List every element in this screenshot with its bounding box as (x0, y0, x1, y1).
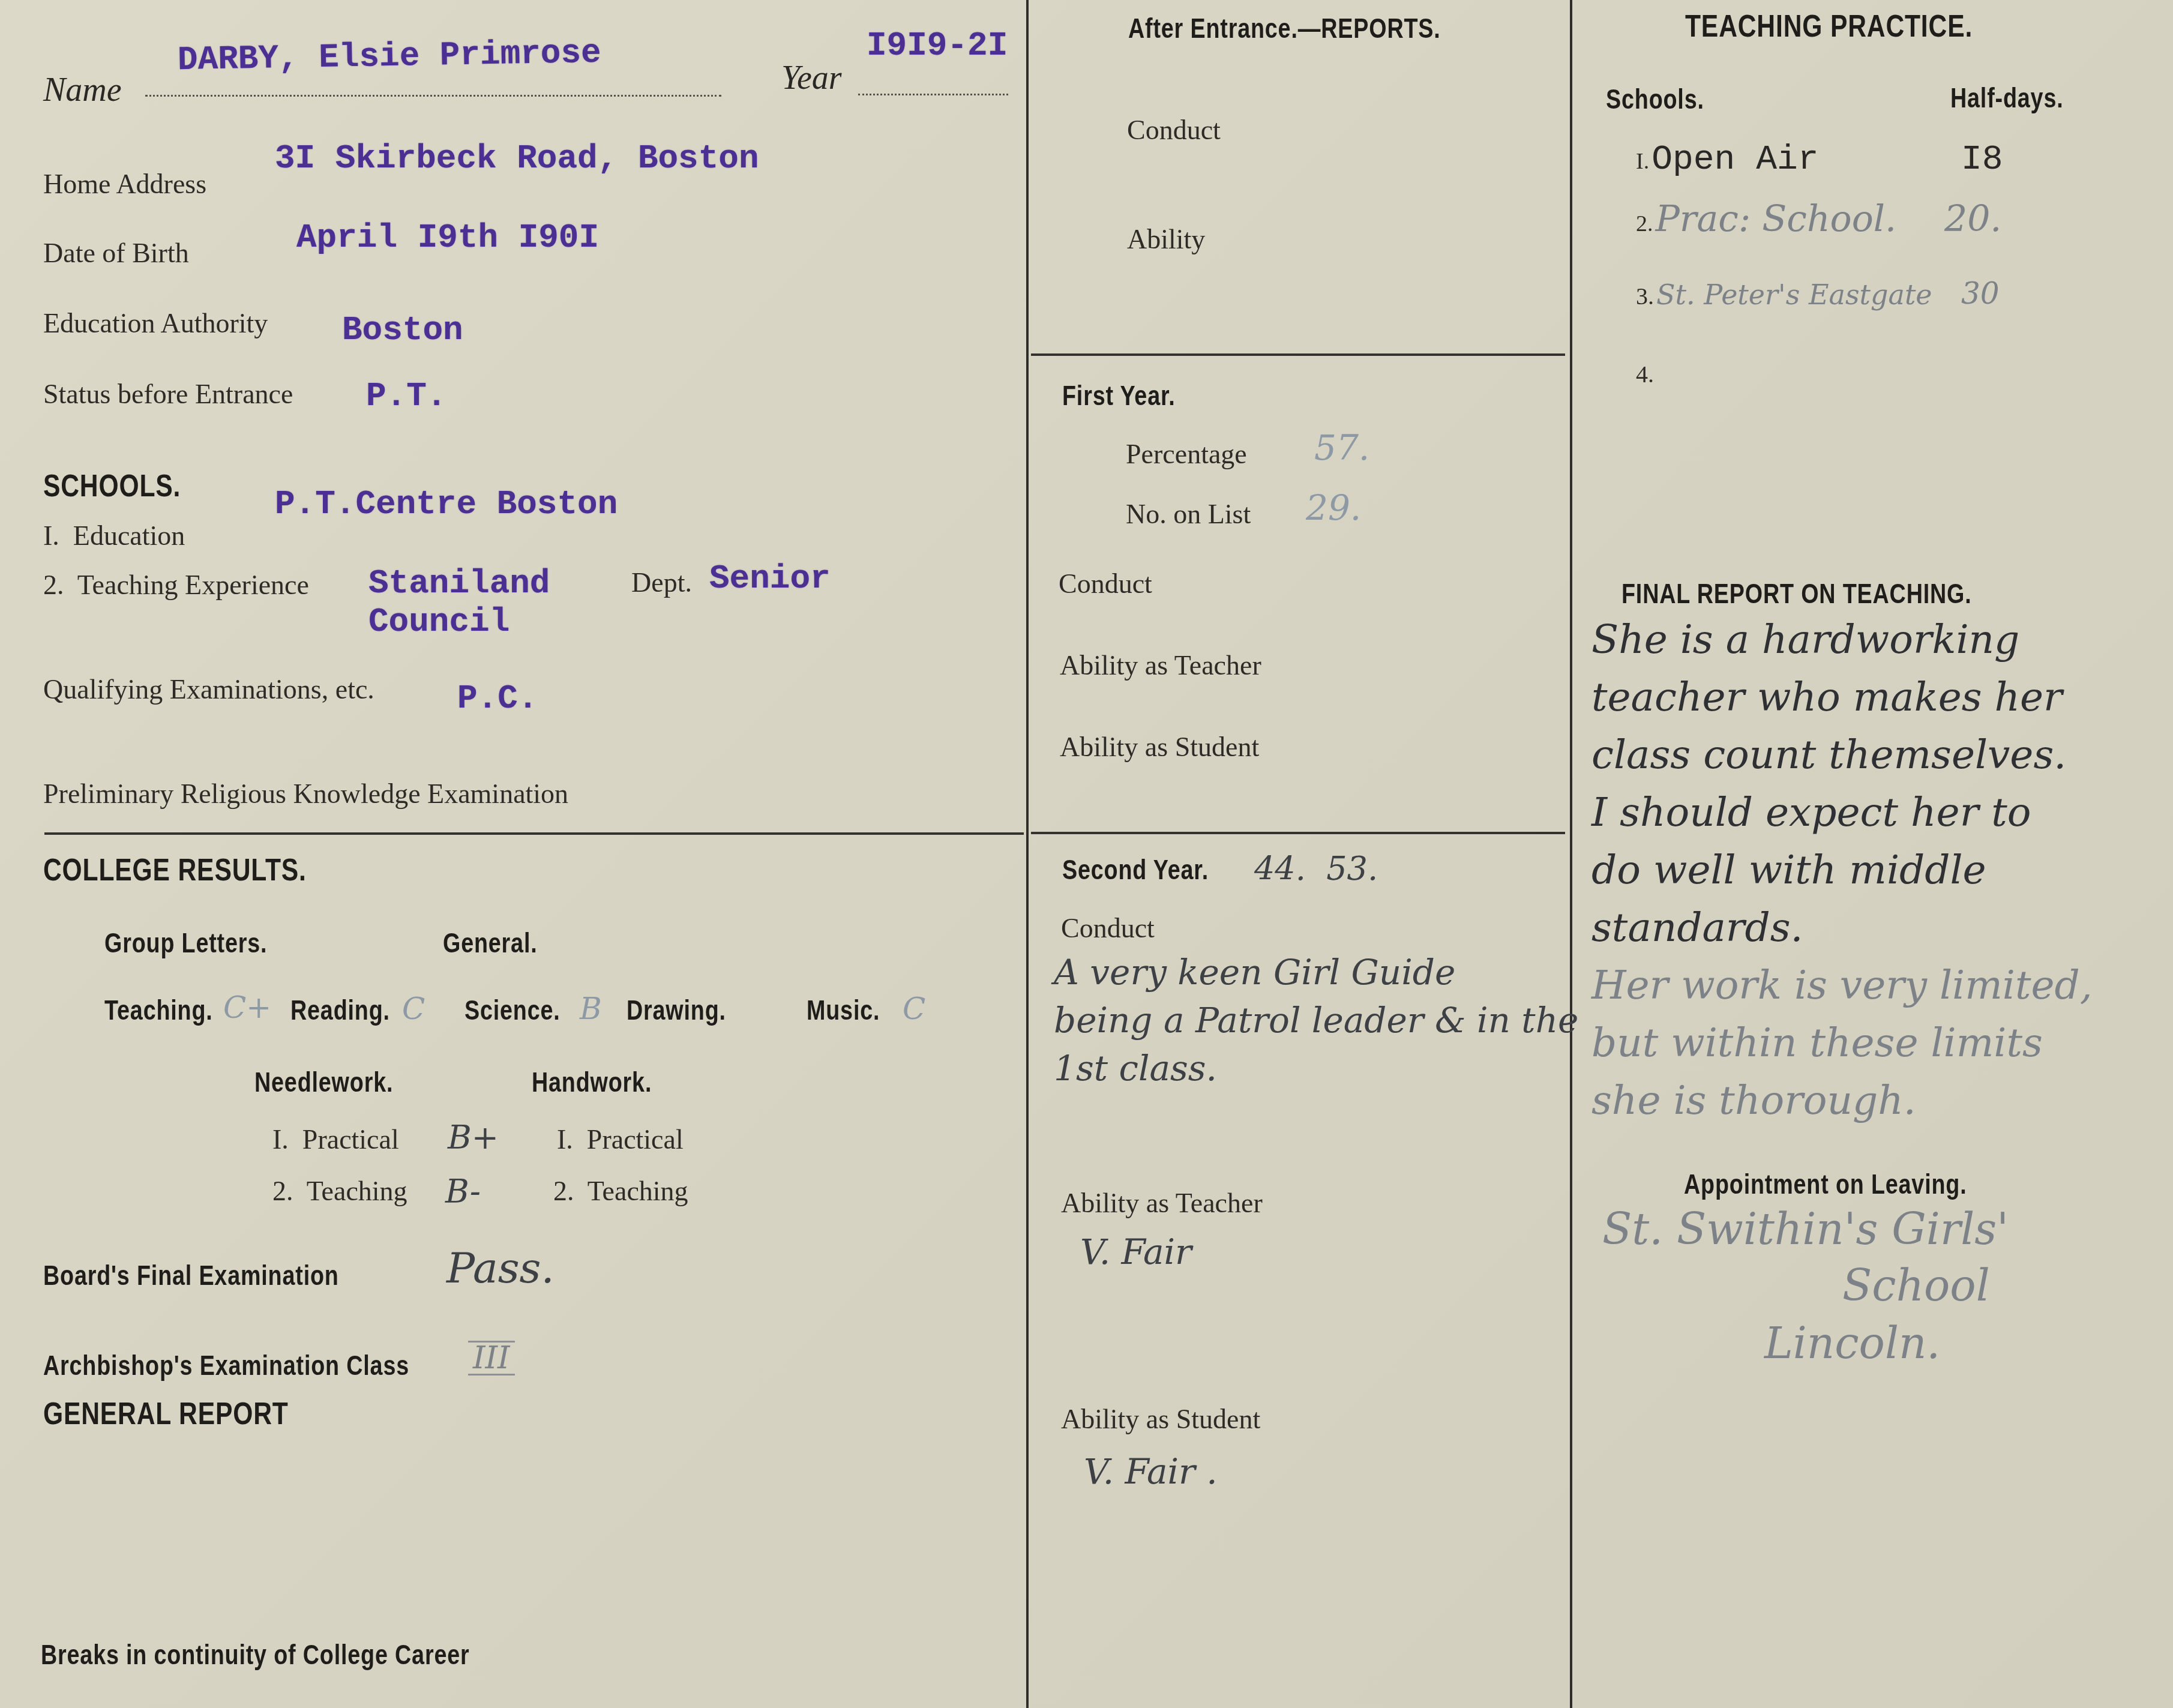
status-label: Status before Entrance (43, 378, 293, 410)
appointment-line: Lincoln. (1764, 1318, 1940, 1368)
practice-row: I. Open Air (1636, 140, 1819, 179)
final-report-line: she is thorough. (1591, 1072, 2093, 1129)
second-year-conduct-label: Conduct (1061, 912, 1155, 944)
halfdays-column-header: Half-days. (1950, 82, 2063, 114)
percentage-value: 57. (1314, 427, 1369, 468)
needlework-practical-label: I. Practical (272, 1123, 399, 1155)
conduct-line: being a Patrol leader & in the (1054, 996, 1578, 1044)
practice-row: 4. (1636, 360, 1654, 388)
subject-teaching-grade: C+ (223, 990, 271, 1025)
breaks-label: Breaks in continuity of College Career (41, 1638, 469, 1671)
divider-mid-firstyear (1031, 353, 1565, 356)
practice-row-school: St. Peter's Eastgate (1656, 278, 1932, 311)
year-label: Year (781, 59, 842, 97)
needlework-teaching-grade: B- (445, 1173, 481, 1210)
handwork-teaching-label: 2. Teaching (553, 1175, 688, 1207)
final-report-line: but within these limits (1591, 1014, 2093, 1072)
final-report-line: standards. (1591, 899, 2093, 957)
final-report-line: class count themselves. (1591, 726, 2093, 784)
name-dotted-line (145, 95, 721, 97)
no-on-list-value: 29. (1306, 487, 1361, 528)
dob-label: Date of Birth (43, 237, 189, 269)
no-on-list-label: No. on List (1126, 498, 1251, 530)
boards-final-label: Board's Final Examination (43, 1259, 339, 1292)
teaching-practice-heading: TEACHING PRACTICE. (1685, 8, 1973, 44)
percentage-label: Percentage (1126, 438, 1247, 470)
column-divider-right (1570, 0, 1572, 1708)
divider-mid-secondyear (1031, 832, 1565, 834)
final-report-line: I should expect her to (1591, 784, 2093, 841)
second-year-heading: Second Year. (1062, 853, 1209, 886)
conduct-line: 1st class. (1054, 1044, 1578, 1092)
general-label: General. (443, 927, 538, 959)
final-report-line: teacher who makes her (1591, 669, 2093, 726)
final-report-line: do well with middle (1591, 841, 2093, 899)
education-authority-value: Boston (342, 311, 463, 349)
column-divider-left (1026, 0, 1029, 1708)
practice-row: 2. Prac: School. (1636, 198, 1896, 240)
subject-teaching-label: Teaching. (104, 994, 213, 1026)
practice-row-num: 4. (1636, 361, 1654, 388)
home-address-label: Home Address (43, 168, 206, 200)
practice-row-num: 3. (1636, 283, 1654, 310)
divider-left-college (44, 832, 1024, 835)
year-dotted-line (858, 94, 1008, 95)
first-year-ability-teacher-label: Ability as Teacher (1060, 649, 1261, 681)
practice-row-school: Prac: School. (1656, 198, 1897, 240)
conduct-line: A very keen Girl Guide (1054, 948, 1578, 996)
schools-column-header: Schools. (1606, 83, 1704, 115)
needlework-teaching-label: 2. Teaching (272, 1175, 407, 1207)
name-label: Name (43, 71, 122, 109)
college-results-heading: COLLEGE RESULTS. (43, 852, 307, 888)
general-report-label: GENERAL REPORT (43, 1396, 289, 1432)
second-year-ability-student-value: V. Fair . (1084, 1451, 1218, 1492)
final-report-line: Her work is very limited, (1591, 957, 2093, 1014)
subject-science-label: Science. (464, 994, 561, 1026)
student-record-card: Name DARBY, Elsie Primrose Year I9I9-2I … (0, 0, 2173, 1708)
schools-heading: SCHOOLS. (43, 468, 181, 504)
qualifying-value: P.C. (457, 679, 538, 718)
appointment-line: St. Swithin's Girls' (1602, 1204, 2009, 1254)
handwork-label: Handwork. (532, 1066, 652, 1098)
teaching-experience-value-1: Staniland (368, 564, 550, 603)
year-value: I9I9-2I (867, 26, 1008, 65)
subject-science-grade: B (580, 991, 602, 1026)
subject-music-grade: C (903, 991, 925, 1026)
qualifying-label: Qualifying Examinations, etc. (43, 673, 374, 705)
subject-grades-row: Teaching. C+ Reading. C Science. B Drawi… (104, 994, 1005, 1036)
practice-row-halfdays: 30 (1961, 276, 2000, 311)
second-year-ability-teacher-label: Ability as Teacher (1061, 1187, 1263, 1219)
dept-value: Senior (709, 559, 831, 598)
after-entrance-heading: After Entrance.—REPORTS. (1128, 12, 1441, 44)
teaching-experience-value-2: Council (368, 603, 509, 641)
schools-education-value: P.T.Centre Boston (275, 485, 618, 523)
practice-row: 3. St. Peter's Eastgate (1636, 278, 1932, 311)
subject-reading-grade: C (402, 991, 425, 1026)
subject-drawing-label: Drawing. (627, 994, 726, 1026)
final-report-heading: FINAL REPORT ON TEACHING. (1621, 577, 1972, 610)
appointment-line: School (1842, 1260, 1990, 1311)
subject-music-label: Music. (807, 994, 880, 1026)
archbishop-value: III (468, 1341, 515, 1376)
second-year-marks: 44. 53. (1254, 850, 1378, 888)
needlework-practical-grade: B+ (448, 1119, 499, 1156)
handwork-practical-label: I. Practical (557, 1123, 684, 1155)
after-entrance-ability-label: Ability (1127, 223, 1205, 255)
appointment-heading: Appointment on Leaving. (1684, 1168, 1967, 1200)
religious-knowledge-label: Preliminary Religious Knowledge Examinat… (43, 778, 568, 810)
dob-value: April I9th I90I (296, 218, 599, 257)
education-authority-label: Education Authority (43, 307, 268, 339)
practice-row-num: I. (1636, 149, 1649, 174)
after-entrance-conduct-label: Conduct (1127, 114, 1221, 146)
practice-row-num: 2. (1636, 211, 1653, 236)
dept-label: Dept. (631, 567, 692, 598)
needlework-label: Needlework. (254, 1066, 393, 1098)
first-year-conduct-label: Conduct (1059, 568, 1152, 600)
practice-row-halfdays: I8 (1961, 140, 2003, 179)
first-year-heading: First Year. (1062, 379, 1176, 412)
schools-education-label: I. Education (43, 520, 185, 552)
group-letters-label: Group Letters. (104, 927, 267, 959)
subject-reading-label: Reading. (290, 994, 390, 1026)
second-year-ability-teacher-value: V. Fair (1080, 1231, 1192, 1272)
teaching-experience-label: 2. Teaching Experience (43, 569, 309, 601)
practice-row-halfdays: 20. (1944, 198, 2001, 240)
status-value: P.T. (366, 377, 446, 415)
final-report-line: She is a hardworking (1591, 611, 2093, 669)
boards-final-value: Pass. (446, 1243, 555, 1293)
final-report-text: She is a hardworking teacher who makes h… (1591, 611, 2093, 1129)
home-address-value: 3I Skirbeck Road, Boston (275, 139, 759, 178)
second-year-conduct-text: A very keen Girl Guide being a Patrol le… (1054, 948, 1578, 1092)
second-year-ability-student-label: Ability as Student (1061, 1403, 1260, 1435)
practice-row-school: Open Air (1652, 140, 1818, 179)
name-value: DARBY, Elsie Primrose (177, 34, 601, 79)
archbishop-label: Archbishop's Examination Class (43, 1349, 409, 1382)
first-year-ability-student-label: Ability as Student (1060, 731, 1259, 763)
